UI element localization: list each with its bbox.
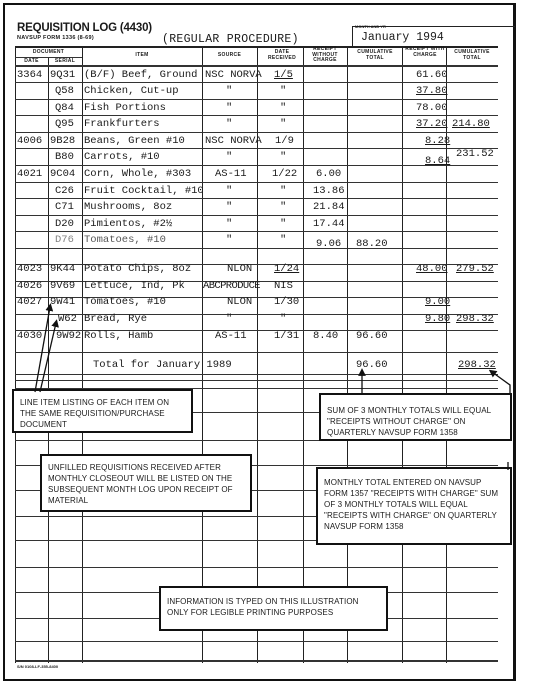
footer-rule	[15, 660, 498, 662]
arrow-icon	[492, 372, 510, 394]
callout-arrows	[0, 0, 543, 686]
arrow-icon	[40, 323, 56, 392]
footer-stock-number: S/N 0108-LF-355-8400	[17, 664, 58, 669]
